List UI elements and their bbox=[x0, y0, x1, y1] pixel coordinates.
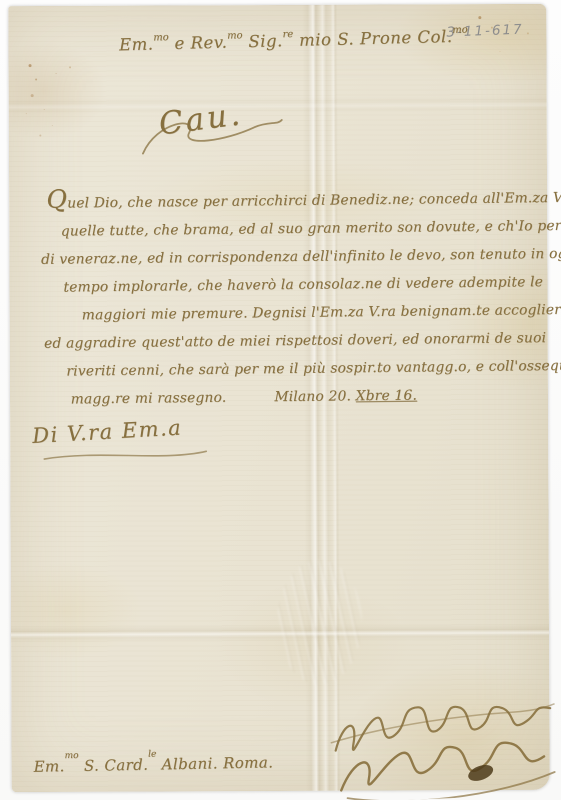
body-line-with-date: magg.re mi rassegno.Milano 20. Xbre 16. bbox=[71, 380, 553, 413]
header-seg: e Rev. bbox=[169, 33, 228, 53]
address-line: Em.mo S. Card.le Albani. Roma. bbox=[33, 753, 273, 775]
dateline-place: Milano 20. bbox=[274, 388, 351, 405]
paper-wrinkle bbox=[277, 560, 363, 685]
header-seg: Em. bbox=[119, 34, 154, 54]
scanned-letter: 3-11-617 Em.mo e Rev.mo Sig.re mio S. Pr… bbox=[0, 0, 561, 800]
header-sup: mo bbox=[452, 24, 468, 35]
paper-sheet: 3-11-617 Em.mo e Rev.mo Sig.re mio S. Pr… bbox=[8, 4, 549, 792]
foxing-stains-topleft bbox=[29, 64, 32, 67]
foxing-stains-topright bbox=[478, 16, 481, 19]
address-seg: S. Card. bbox=[79, 756, 149, 775]
header-seg: Sig. bbox=[242, 31, 283, 51]
body-line: riveriti cenni, che sarà per me il più s… bbox=[66, 352, 552, 386]
address-seg: Em. bbox=[33, 757, 64, 776]
body-line: magg.re mi rassegno. bbox=[71, 390, 227, 408]
closing-formula: Di V.ra Em.a bbox=[32, 416, 183, 448]
header-sup: mo bbox=[153, 32, 169, 43]
address-sup: mo bbox=[64, 751, 78, 761]
letter-header: Em.mo e Rev.mo Sig.re mio S. Prone Col.m… bbox=[110, 26, 476, 54]
fold-crease-horizontal-top bbox=[9, 96, 547, 114]
address-sup: le bbox=[148, 749, 156, 759]
header-seg: mio S. Prone Col. bbox=[293, 27, 453, 50]
signature-flourish bbox=[327, 686, 561, 800]
dateline-month: Xbre 16. bbox=[356, 388, 418, 405]
address-seg: Albani. Roma. bbox=[156, 753, 273, 773]
header-sup: re bbox=[282, 28, 293, 39]
header-sup: mo bbox=[227, 30, 243, 41]
closing-flourish bbox=[40, 447, 210, 464]
ink-blot bbox=[466, 762, 495, 784]
letter-body: Quel Dio, che nasce per arricchirci di B… bbox=[40, 180, 553, 414]
